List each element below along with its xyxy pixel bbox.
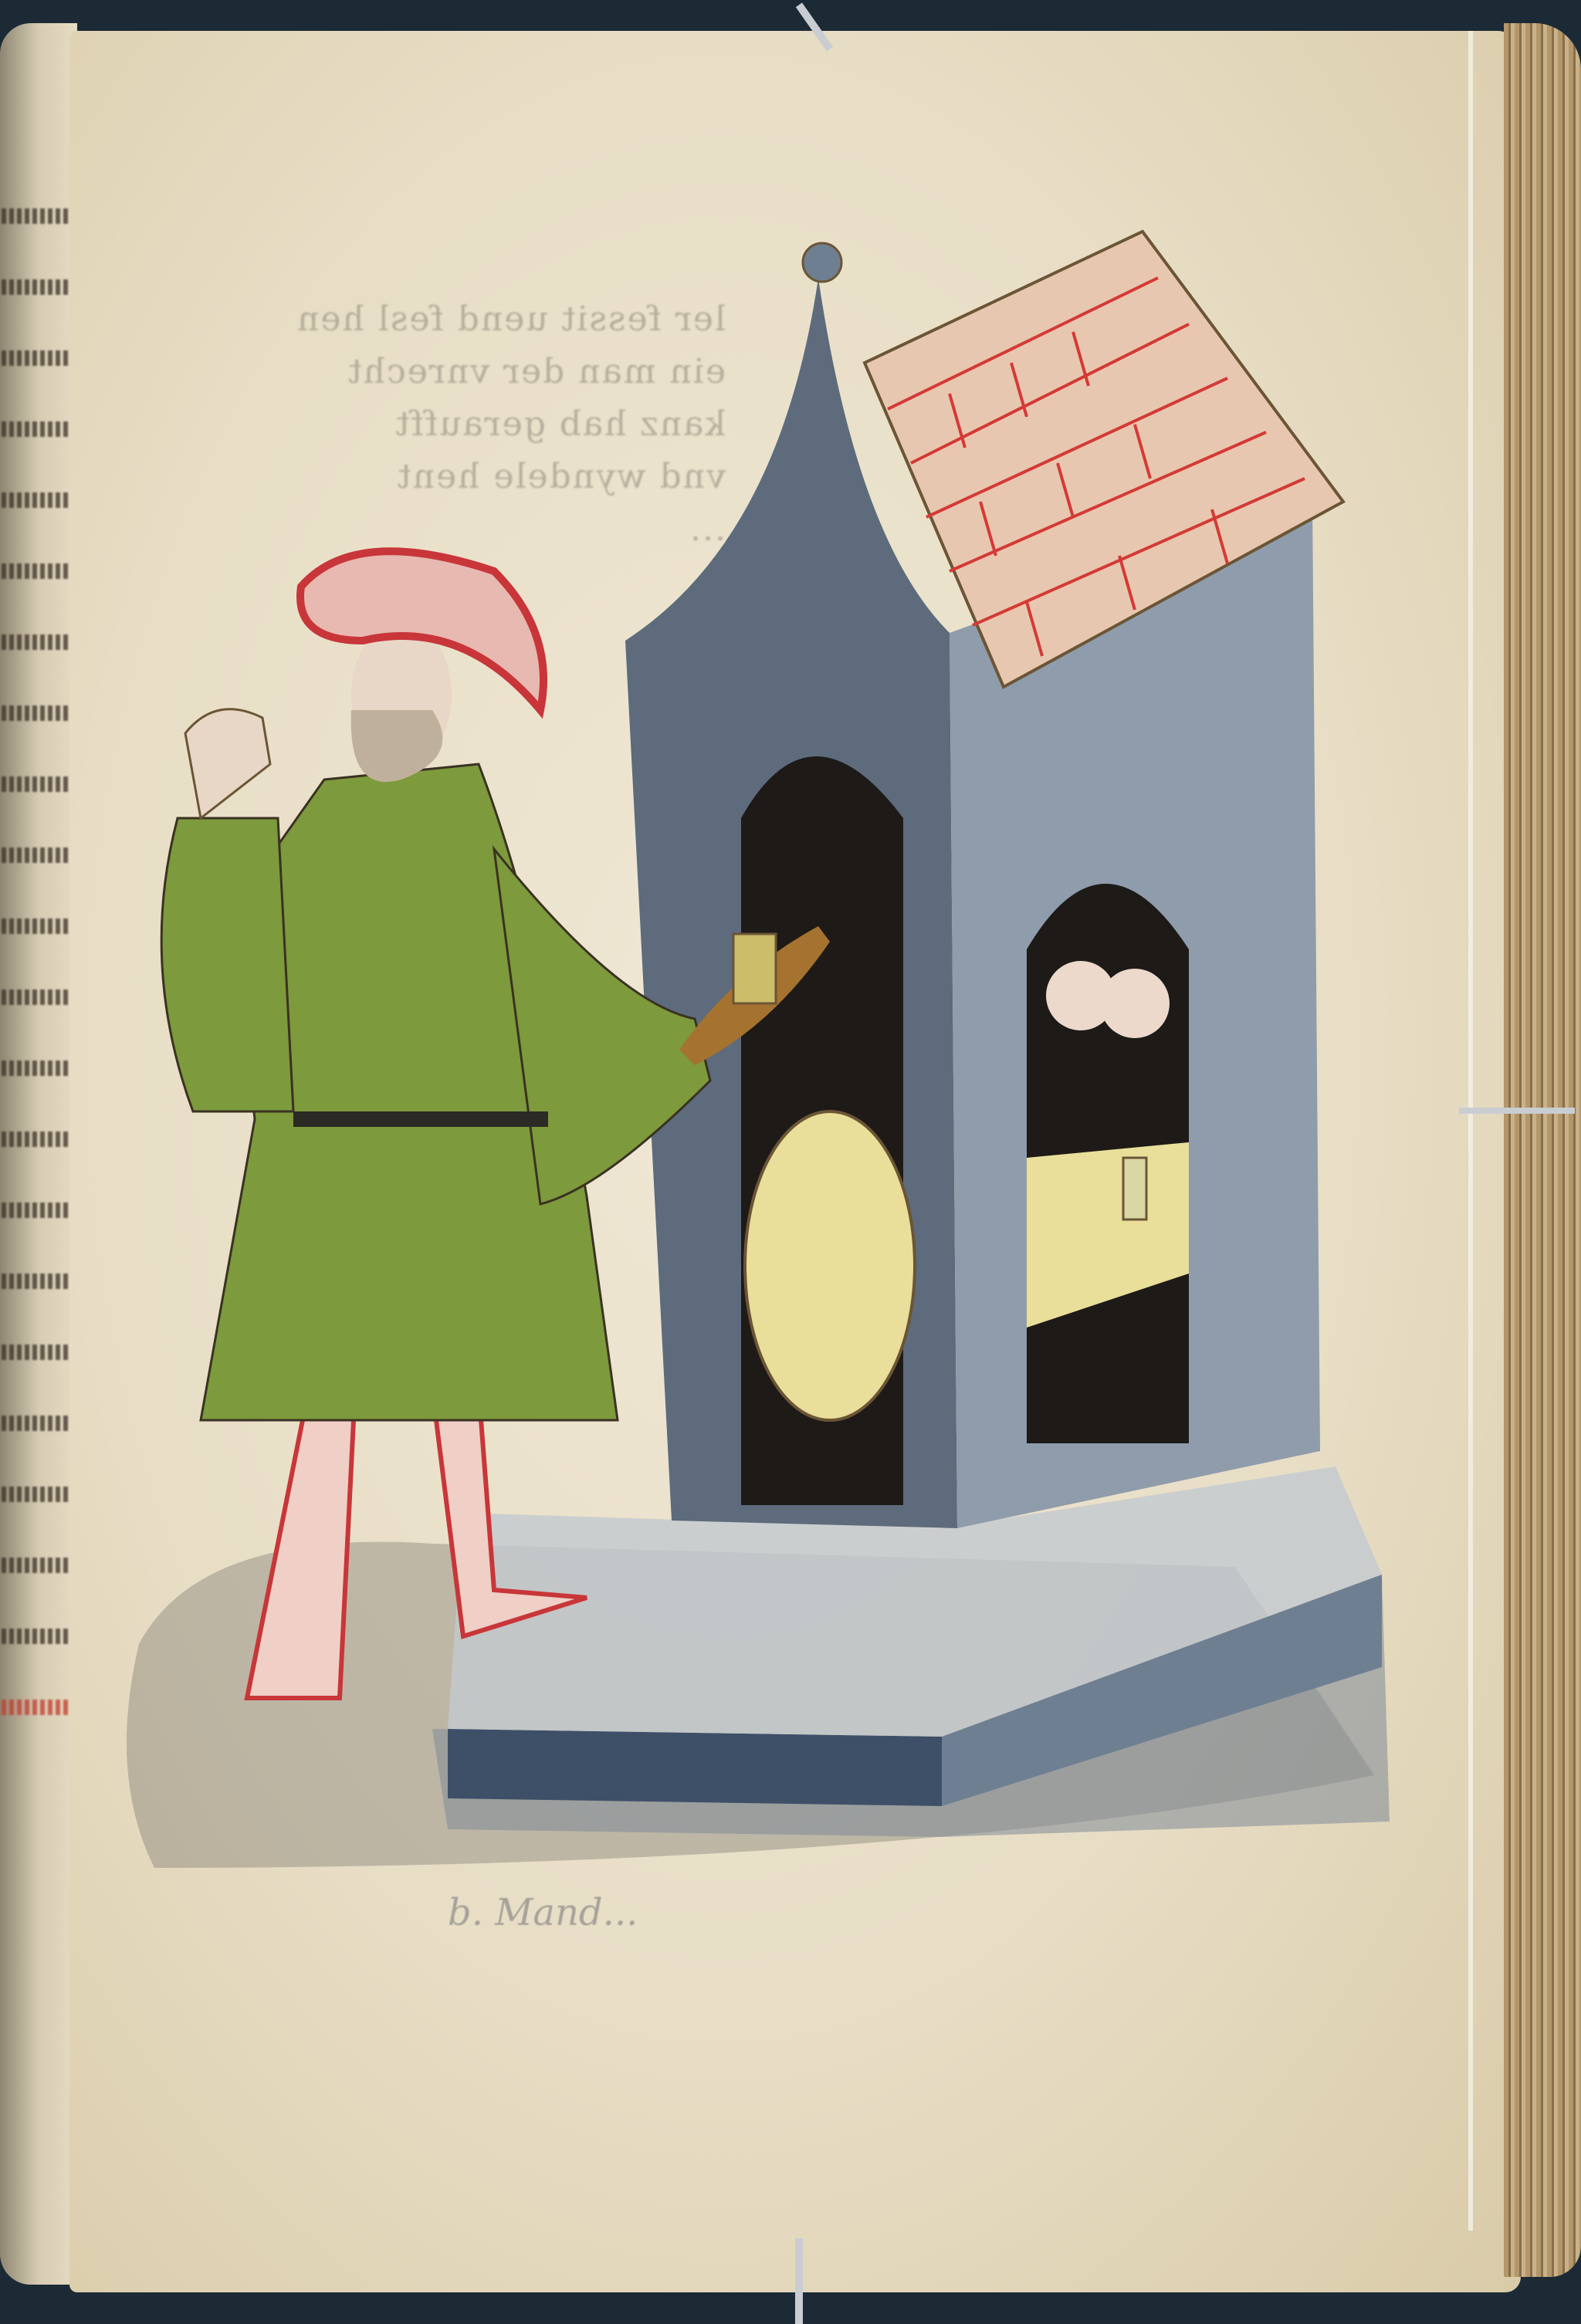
right-pin	[1459, 1108, 1575, 1114]
man-leg-left	[247, 1389, 355, 1698]
man-sleeve-left	[161, 818, 293, 1111]
guard-string	[1468, 31, 1473, 2231]
manuscript-photo: ler fessit uend fesl hen ein man der vnr…	[0, 0, 1581, 2324]
pencil-inscription: b. Mand...	[448, 1891, 638, 1934]
bottom-pin	[795, 2238, 803, 2324]
drinkers-cup	[1123, 1158, 1146, 1220]
spire-finial	[803, 243, 841, 282]
drinker-head-2	[1100, 969, 1170, 1038]
man-raised-hand	[185, 709, 270, 818]
tower-plinth-front	[448, 1729, 942, 1806]
goblet	[733, 934, 776, 1003]
man-belt	[293, 1111, 548, 1127]
barrel	[745, 1111, 915, 1420]
illustration	[0, 0, 1581, 2324]
